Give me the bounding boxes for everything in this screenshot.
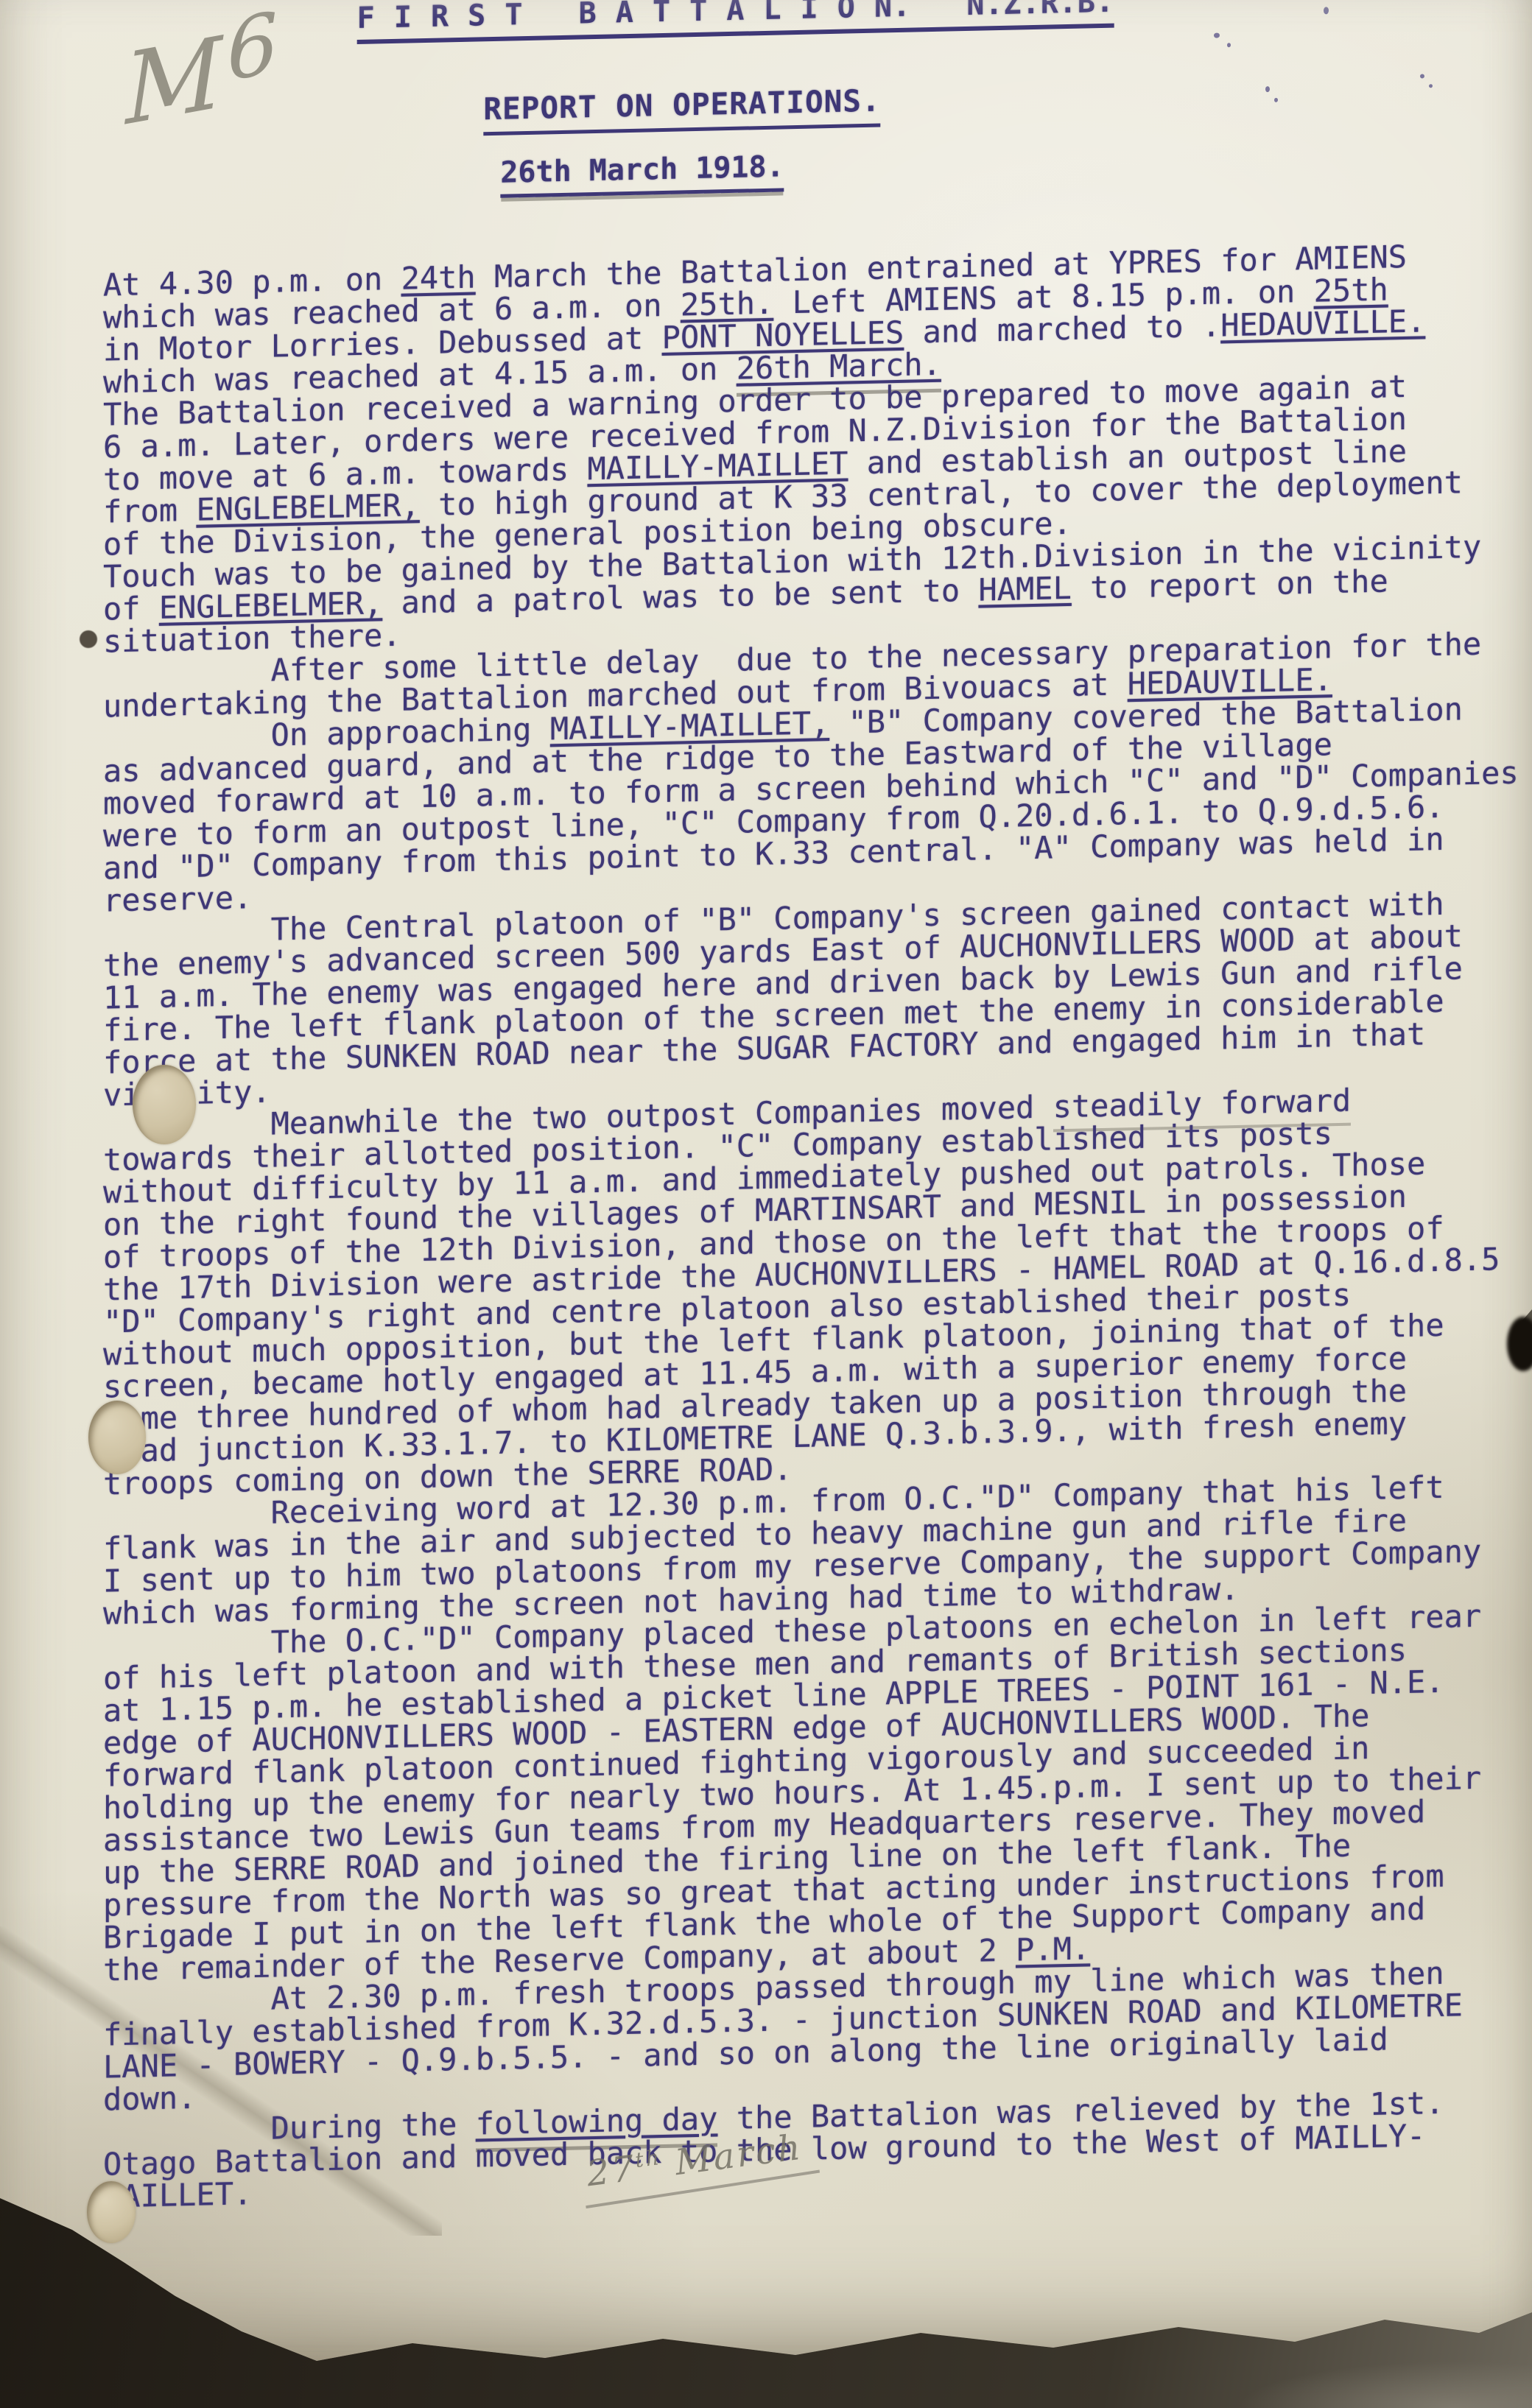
pencil-note-day: 27 (585, 2147, 639, 2194)
report-title: F I R S T B A T T A L I O N. N.Z.R.B. (357, 0, 1114, 44)
punch-hole (133, 1065, 196, 1144)
ink-speck (1420, 74, 1424, 78)
typed-text: and marched to . (904, 307, 1220, 350)
photo-background: F I R S T B A T T A L I O N. N.Z.R.B. RE… (0, 0, 1532, 2408)
punch-hole (88, 1401, 146, 1474)
ink-speck (1324, 7, 1329, 14)
typed-body: At 4.30 p.m. on 24th March the Battalion… (103, 238, 1532, 2214)
corner-mark-letter: M (123, 15, 230, 147)
ink-speck (1214, 32, 1220, 38)
ink-speck (1429, 84, 1433, 88)
underlined-text: HEDAUVILLE. (1220, 303, 1425, 343)
ink-speck (1265, 86, 1270, 92)
report-date: 26th March 1918. (500, 149, 784, 197)
handwritten-corner-mark: M6 (123, 5, 286, 148)
paper-sheet: F I R S T B A T T A L I O N. N.Z.R.B. RE… (0, 0, 1532, 2368)
punch-hole (80, 630, 97, 648)
punch-hole (87, 2181, 136, 2243)
ink-speck (1274, 98, 1278, 102)
corner-mark-digit: 6 (225, 0, 285, 100)
report-subtitle: REPORT ON OPERATIONS. (483, 83, 880, 136)
typed-text: to report on the (1072, 563, 1388, 605)
typed-content: F I R S T B A T T A L I O N. N.Z.R.B. RE… (0, 0, 1532, 2368)
underlined-text: HAMEL (978, 570, 1071, 608)
ink-speck (1227, 43, 1231, 47)
typed-text: of (103, 590, 159, 627)
pencil-note-suffix: th (634, 2145, 663, 2172)
